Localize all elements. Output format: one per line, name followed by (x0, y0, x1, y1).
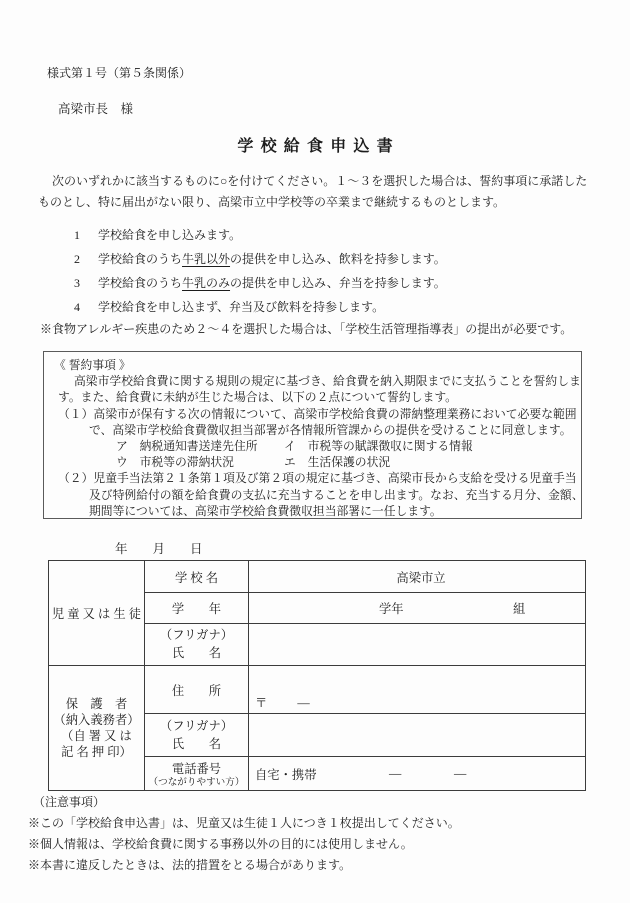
option-row-4: 4学校給食を申し込まず、弁当及び飲料を持参します。 (74, 295, 446, 319)
grade-label-cell: 学 年 (145, 593, 249, 624)
allergy-note: ※食物アレルギー疾患のため２～４を選択した場合は、「学校生活管理指導表」の提出が… (40, 320, 572, 337)
notes-heading: （注意事項） (28, 792, 460, 813)
option-text: の提供を申し込み、弁当を持参します。 (230, 276, 446, 290)
option-text: の提供を申し込み、飲料を持参します。 (230, 252, 446, 266)
guardian-group-sublabel: （自 署 又 は (49, 728, 144, 744)
pledge-info-item-c: ウ 市税等の滞納状況 (116, 454, 284, 470)
note-line-1: ※この「学校給食申込書」は、児童又は生徒１人につき１枚提出してください。 (28, 813, 460, 834)
school-name-value-cell: 高梁市立 (249, 561, 586, 593)
option-number: 1 (74, 223, 98, 247)
guardian-group-label: 保 護 者 (49, 696, 144, 712)
postal-dash: ― (297, 696, 309, 711)
grade-class-suffix: 組 (513, 599, 525, 617)
phone-label-cell: 電話番号 （つながりやすい方） (145, 757, 249, 791)
phone-dash-1: ― (389, 766, 401, 781)
intro-line-1: 次のいずれかに該当するものに○を付けてください。１～３を選択した場合は、誓約事項… (38, 171, 604, 192)
student-furigana-label: （フリガナ） (145, 628, 248, 643)
pledge-line: 期間等については、高梁市学校給食費徴収担当部署に一任します。 (44, 503, 581, 519)
intro-line-2: ものとし、特に届出がない限り、高梁市立中学校等の卒業まで継続するものとします。 (38, 192, 604, 213)
pledge-info-row-2: ウ 市税等の滞納状況エ 生活保護の状況 (44, 454, 581, 470)
pledge-heading: 《 誓約事項 》 (44, 357, 581, 373)
notes-section: （注意事項） ※この「学校給食申込書」は、児童又は生徒１人につき１枚提出してくだ… (28, 792, 460, 876)
school-name-value: 高梁市立 (388, 571, 445, 585)
pledge-line: す。また、給食費に未納が生じた場合は、以下の２点について誓約します。 (44, 389, 581, 405)
option-underlined-text: 牛乳以外 (182, 252, 230, 266)
phone-label: 電話番号 (145, 759, 248, 777)
pledge-info-item-d: エ 生活保護の状況 (284, 455, 390, 469)
option-text: 学校給食のうち (98, 252, 182, 266)
application-table: 児 童 又 は 生 徒 学 校 名 高梁市立 学 年 学年 組 （フリガナ） (48, 560, 586, 791)
address-value-cell: 〒― 高梁市 (249, 666, 586, 714)
option-text: 学校給食のうち (98, 276, 182, 290)
grade-label: 学 年 (172, 602, 221, 616)
option-number: 4 (74, 295, 98, 319)
addressee-label: 高梁市長 様 (58, 99, 133, 117)
guardian-furigana-label: （フリガナ） (145, 719, 248, 734)
address-label: 住 所 (172, 684, 221, 698)
school-name-label: 学 校 名 (175, 571, 218, 585)
grade-value-cell: 学年 組 (249, 593, 586, 624)
guardian-group-cell: 保 護 者 （納入義務者） （自 署 又 は 記 名 押 印） (49, 666, 145, 791)
student-group-label: 児 童 又 は 生 徒 (52, 607, 141, 621)
option-row-2: 2学校給食のうち牛乳以外の提供を申し込み、飲料を持参します。 (74, 247, 446, 271)
student-group-cell: 児 童 又 は 生 徒 (49, 561, 145, 666)
pledge-line: 及び特例給付の額を給食費の支払に充当することを申し出ます。なお、充当する月分、金… (44, 487, 581, 503)
date-line: 年 月 日 (115, 539, 203, 557)
pledge-info-item-a: ア 納税通知書送達先住所 (116, 438, 284, 454)
document-title: 学校給食申込書 (0, 133, 630, 156)
grade-year-suffix: 学年 (379, 599, 404, 617)
option-row-1: 1学校給食を申し込みます。 (74, 223, 446, 247)
note-line-3: ※本書に違反したときは、法的措置をとる場合があります。 (28, 855, 460, 876)
pledge-line: で、高梁市学校給食費徴収担当部署が各情報所管課からの提供を受けることに同意します… (44, 422, 581, 438)
option-list: 1学校給食を申し込みます。 2学校給食のうち牛乳以外の提供を申し込み、飲料を持参… (74, 223, 446, 319)
option-number: 3 (74, 271, 98, 295)
option-text: 学校給食を申し込みます。 (98, 228, 241, 242)
intro-paragraph: 次のいずれかに該当するものに○を付けてください。１～３を選択した場合は、誓約事項… (38, 171, 604, 213)
phone-value-cell: 自宅・携帯 ― ― (249, 757, 586, 791)
guardian-group-sublabel: （納入義務者） (49, 712, 144, 728)
postal-mark: 〒 (255, 696, 267, 710)
note-line-2: ※個人情報は、学校給食費に関する事務以外の目的には使用しません。 (28, 834, 460, 855)
form-number-label: 様式第１号（第５条関係） (47, 64, 191, 81)
pledge-line: 高梁市学校給食費に関する規則の規定に基づき、給食費を納入期限までに支払うことを誓… (44, 373, 581, 389)
option-number: 2 (74, 247, 98, 271)
option-underlined-text: 牛乳のみ (182, 276, 230, 290)
pledge-info-row-1: ア 納税通知書送達先住所イ 市税等の賦課徴収に関する情報 (44, 438, 581, 454)
guardian-name-label: 氏 名 (145, 734, 248, 752)
option-row-3: 3学校給食のうち牛乳のみの提供を申し込み、弁当を持参します。 (74, 271, 446, 295)
phone-hint-label: （つながりやすい方） (145, 777, 248, 789)
student-name-label-cell: （フリガナ） 氏 名 (145, 624, 249, 666)
guardian-group-sublabel: 記 名 押 印） (49, 744, 144, 760)
school-name-label-cell: 学 校 名 (145, 561, 249, 593)
student-name-label: 氏 名 (145, 643, 248, 661)
pledge-box: 《 誓約事項 》 高梁市学校給食費に関する規則の規定に基づき、給食費を納入期限ま… (43, 351, 582, 519)
pledge-line: （２）児童手当法第２１条第１項及び第２項の規定に基づき、高梁市長から支給を受ける… (44, 470, 581, 486)
school-lunch-application-document: 様式第１号（第５条関係） 高梁市長 様 学校給食申込書 次のいずれかに該当するも… (0, 0, 630, 903)
pledge-line: （１）高梁市が保有する次の情報について、高梁市学校給食費の滞納整理業務において必… (44, 406, 581, 422)
phone-type-label: 自宅・携帯 (255, 765, 317, 783)
guardian-name-label-cell: （フリガナ） 氏 名 (145, 714, 249, 757)
option-text: 学校給食を申し込まず、弁当及び飲料を持参します。 (98, 300, 384, 314)
address-label-cell: 住 所 (145, 666, 249, 714)
student-name-value-cell (249, 624, 586, 666)
pledge-info-item-b: イ 市税等の賦課徴収に関する情報 (284, 439, 473, 453)
guardian-name-value-cell (249, 714, 586, 757)
phone-dash-2: ― (454, 766, 466, 781)
